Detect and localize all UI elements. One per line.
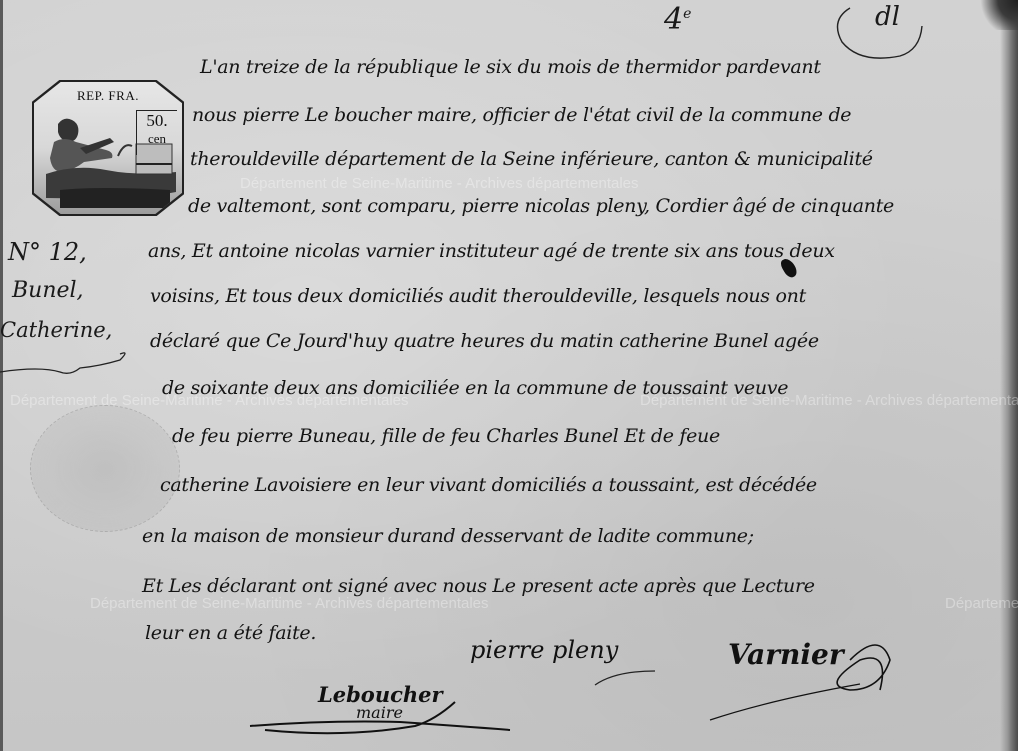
- body-line: déclaré que Ce Jourd'huy quatre heures d…: [150, 330, 819, 352]
- body-line: de soixante deux ans domiciliée en la co…: [162, 377, 788, 399]
- page-right-edge: [1000, 0, 1018, 751]
- watermark: Département de Seine-Maritime - Archives…: [90, 595, 489, 612]
- body-line: therouldeville département de la Seine i…: [190, 148, 873, 170]
- body-line: leur en a été faite.: [145, 622, 316, 644]
- body-line: ans, Et antoine nicolas varnier institut…: [148, 240, 835, 262]
- margin-surname: Bunel,: [12, 278, 84, 303]
- margin-record-number: N° 12,: [8, 238, 87, 266]
- stamp-title: REP. FRA.: [34, 88, 182, 104]
- circle-mark-icon: [815, 0, 925, 65]
- body-line: Et Les déclarant ont signé avec nous Le …: [142, 575, 815, 597]
- body-line: voisins, Et tous deux domiciliés audit t…: [150, 285, 806, 307]
- margin-flourish-icon: [0, 350, 130, 380]
- corner-annotation: dl: [815, 0, 925, 65]
- body-line: en la maison de monsieur durand desserva…: [142, 525, 754, 547]
- watermark: Département de Seine-Maritime - Archives…: [240, 175, 639, 192]
- document-page: Département de Seine-Maritime - Archives…: [0, 0, 1018, 751]
- varnier-flourish-icon: [700, 620, 940, 730]
- pleny-flourish-icon: [585, 665, 665, 695]
- margin-given-name: Catherine,: [0, 318, 112, 342]
- signature-declarant-pleny: pierre pleny: [470, 636, 618, 664]
- body-line: de valtemont, sont comparu, pierre nicol…: [188, 195, 894, 217]
- page-corner-shadow: [978, 0, 1018, 30]
- body-line: de feu pierre Buneau, fille de feu Charl…: [172, 425, 720, 447]
- folio-number: 4e: [664, 2, 691, 37]
- embossed-seal: [30, 405, 180, 532]
- stamp-value: 50. cen: [136, 110, 177, 155]
- mayor-underline-flourish-icon: [245, 700, 515, 740]
- body-line: L'an treize de la république le six du m…: [200, 56, 821, 78]
- fiscal-stamp: REP. FRA. 50. cen: [32, 80, 184, 216]
- body-line: nous pierre Le boucher maire, officier d…: [192, 104, 851, 126]
- body-line: catherine Lavoisiere en leur vivant domi…: [160, 474, 817, 496]
